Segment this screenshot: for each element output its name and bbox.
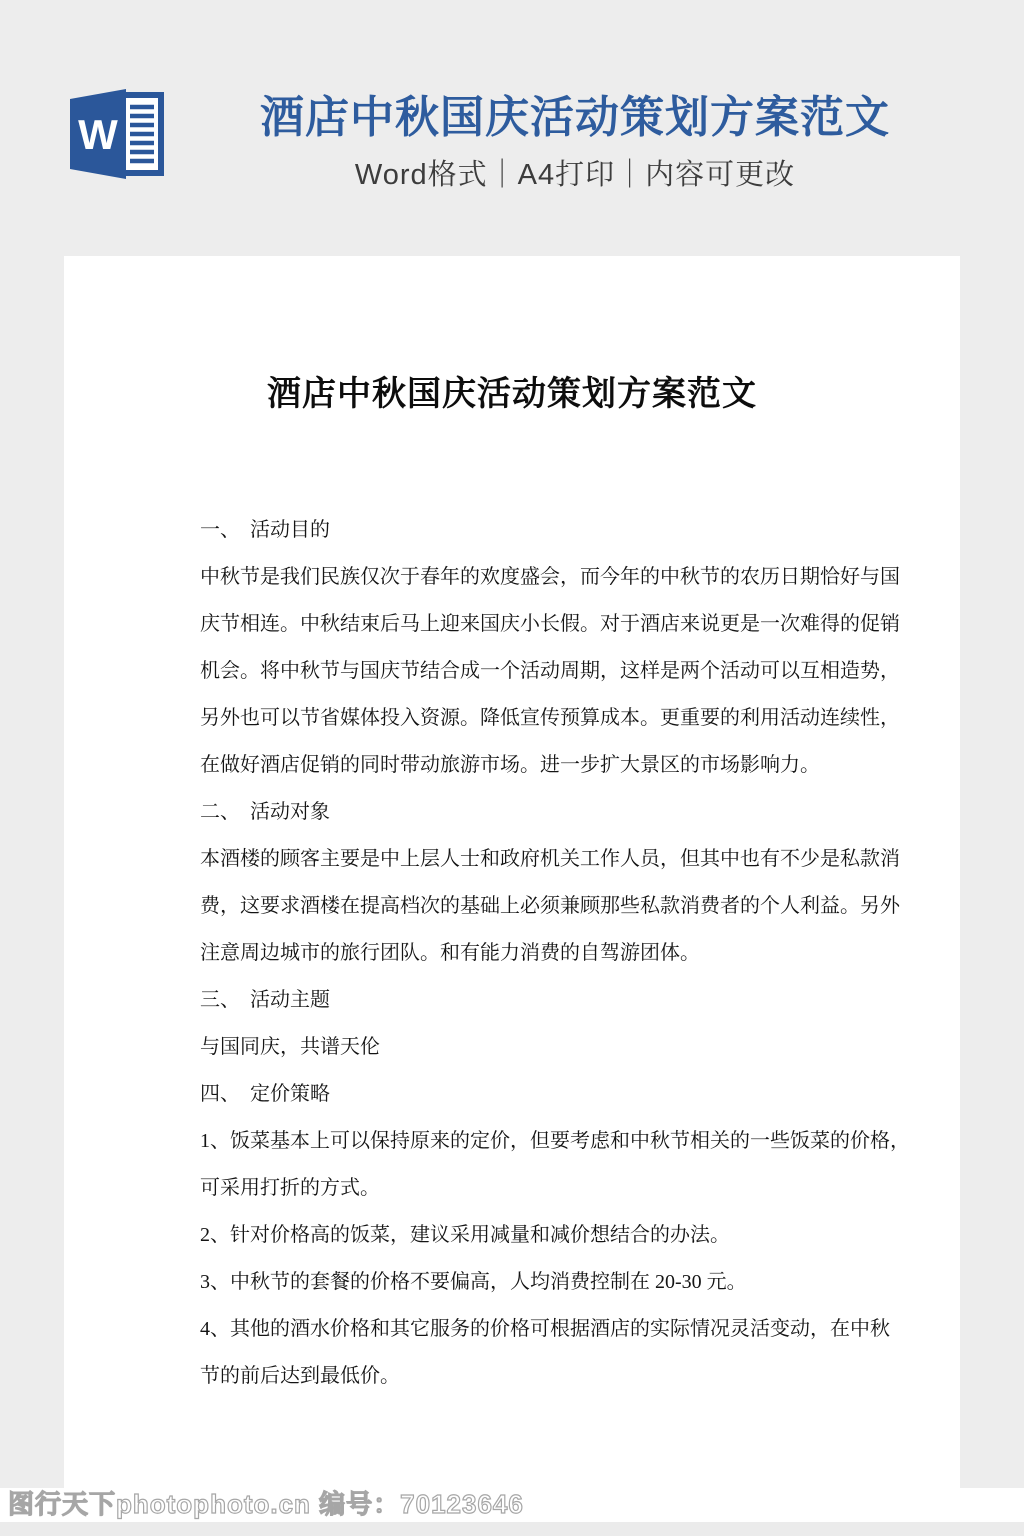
header-subtitle: Word格式｜A4打印｜内容可更改 xyxy=(170,158,980,192)
doc-line: 3、中秋节的套餐的价格不要偏高，人均消费控制在 20-30 元。 xyxy=(200,1259,924,1306)
doc-line: 节的前后达到最低价。 xyxy=(200,1353,924,1400)
header-title: 酒店中秋国庆活动策划方案范文 xyxy=(170,92,980,144)
word-icon-letter: W xyxy=(78,111,118,158)
watermark-bar: 图行天下photophoto.cn 编号：70123646 xyxy=(0,1488,1024,1522)
word-logo-icon: W xyxy=(64,84,164,184)
doc-line: 三、 活动主题 xyxy=(200,977,924,1024)
document-body: 一、 活动目的中秋节是我们民族仅次于春年的欢度盛会，而今年的中秋节的农历日期恰好… xyxy=(200,507,924,1400)
doc-line: 费，这要求酒楼在提高档次的基础上必须兼顾那些私款消费者的个人利益。另外 xyxy=(200,883,924,930)
doc-line: 4、其他的酒水价格和其它服务的价格可根据酒店的实际情况灵活变动，在中秋 xyxy=(200,1306,924,1353)
doc-line: 机会。将中秋节与国庆节结合成一个活动周期，这样是两个活动可以互相造势， xyxy=(200,648,924,695)
header: 酒店中秋国庆活动策划方案范文 Word格式｜A4打印｜内容可更改 xyxy=(170,92,980,192)
word-icon-page-lines xyxy=(130,107,154,161)
doc-line: 在做好酒店促销的同时带动旅游市场。进一步扩大景区的市场影响力。 xyxy=(200,742,924,789)
doc-line: 四、 定价策略 xyxy=(200,1071,924,1118)
doc-line: 庆节相连。中秋结束后马上迎来国庆小长假。对于酒店来说更是一次难得的促销 xyxy=(200,601,924,648)
doc-line: 中秋节是我们民族仅次于春年的欢度盛会，而今年的中秋节的农历日期恰好与国 xyxy=(200,554,924,601)
document-card: 酒店中秋国庆活动策划方案范文 一、 活动目的中秋节是我们民族仅次于春年的欢度盛会… xyxy=(64,256,960,1488)
doc-line: 与国同庆，共谱天伦 xyxy=(200,1024,924,1071)
doc-line: 本酒楼的顾客主要是中上层人士和政府机关工作人员，但其中也有不少是私款消 xyxy=(200,836,924,883)
doc-line: 2、针对价格高的饭菜，建议采用减量和减价想结合的办法。 xyxy=(200,1212,924,1259)
page-background: { "header": { "title": "酒店中秋国庆活动策划方案范文",… xyxy=(0,0,1024,1536)
doc-line: 可采用打折的方式。 xyxy=(200,1165,924,1212)
doc-line: 二、 活动对象 xyxy=(200,789,924,836)
doc-line: 一、 活动目的 xyxy=(200,507,924,554)
document-title: 酒店中秋国庆活动策划方案范文 xyxy=(64,366,960,415)
word-logo-svg: W xyxy=(64,84,164,184)
doc-line: 1、饭菜基本上可以保持原来的定价，但要考虑和中秋节相关的一些饭菜的价格， xyxy=(200,1118,924,1165)
watermark-text: 图行天下photophoto.cn 编号：70123646 xyxy=(8,1488,524,1522)
footer-strip xyxy=(0,1522,1024,1536)
doc-line: 注意周边城市的旅行团队。和有能力消费的自驾游团体。 xyxy=(200,930,924,977)
doc-line: 另外也可以节省媒体投入资源。降低宣传预算成本。更重要的利用活动连续性， xyxy=(200,695,924,742)
